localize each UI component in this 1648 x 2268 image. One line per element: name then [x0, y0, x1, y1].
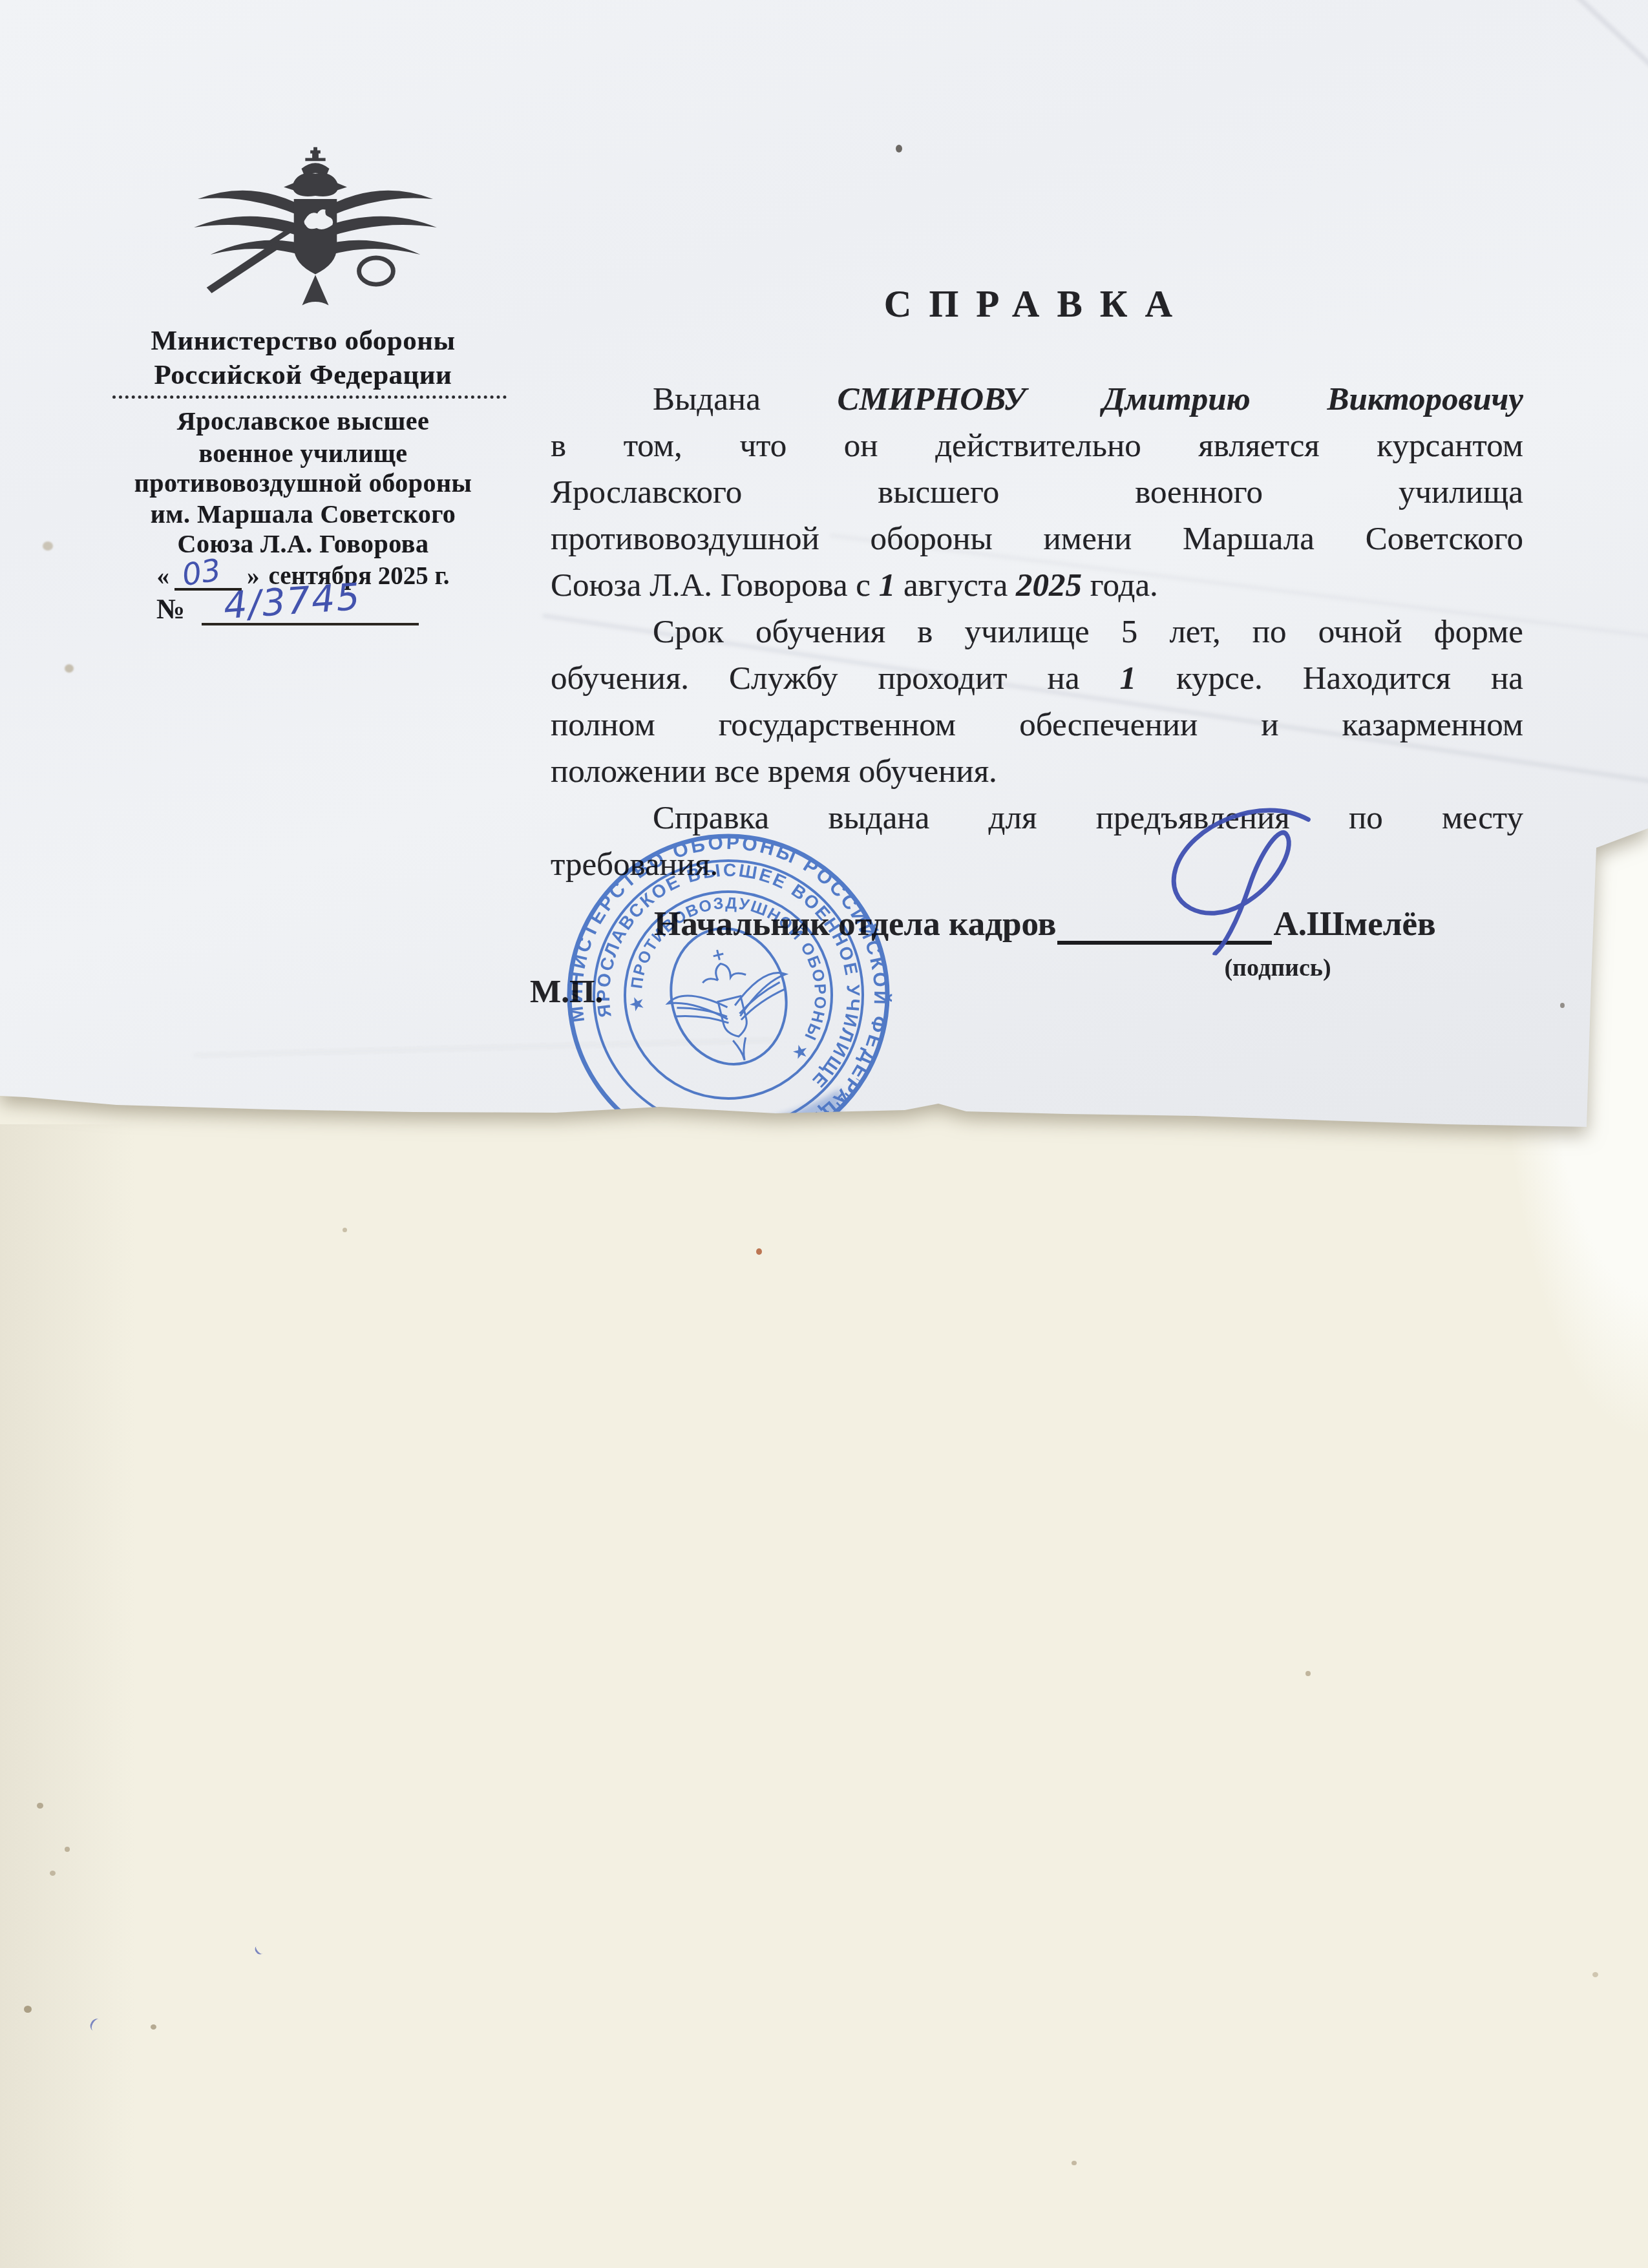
speck — [1072, 2161, 1077, 2165]
body-line: Ярославскоговысшеговоенногоучилища — [551, 469, 1523, 516]
document-title: СПРАВКА — [551, 282, 1523, 326]
letterhead-school-line3: противовоздушной обороны — [94, 468, 512, 498]
mod-eagle-emblem-icon — [189, 140, 442, 317]
letterhead-ministry-line2: Российской Федерации — [94, 359, 512, 391]
letterhead-school-line1: Ярославское высшее — [94, 406, 512, 436]
body-line: Союза Л.А. Говорова с 1 августа 2025 год… — [551, 562, 1523, 609]
paper-sheet: Министерство обороны Российской Федераци… — [0, 0, 1648, 1170]
body-line: втом,чтоондействительноявляетсякурсантом — [551, 423, 1523, 469]
body-line: полномгосударственномобеспечениииказарме… — [551, 702, 1523, 748]
scanned-certificate-page: { "letterhead": { "org_line1": "Министер… — [0, 0, 1648, 2268]
speck — [65, 664, 74, 673]
speck — [50, 1871, 56, 1876]
speck — [756, 1248, 762, 1255]
letterhead-school-line2: военное училище — [94, 438, 512, 468]
letterhead-ministry-line1: Министерство обороны — [94, 325, 512, 357]
handwritten-number: 4/3745 — [222, 576, 363, 628]
speck — [896, 145, 902, 152]
body-line: ВыданаСМИРНОВУДмитриюВикторовичу — [551, 376, 1523, 423]
speck — [65, 1847, 70, 1852]
body-line: противовоздушнойобороныимениМаршалаСовет… — [551, 516, 1523, 562]
speck — [1592, 1972, 1598, 1977]
speck — [1560, 1003, 1565, 1008]
speck — [43, 541, 53, 551]
background-shading — [0, 1124, 136, 2268]
speck — [24, 2006, 32, 2013]
paragraph-2: Срокобучениявучилище5лет,поочнойформеобу… — [551, 609, 1523, 795]
paragraph-1: ВыданаСМИРНОВУДмитриюВикторовичувтом,что… — [551, 376, 1523, 609]
speck — [1305, 1671, 1311, 1676]
body-line: Срокобучениявучилище5лет,поочнойформе — [551, 609, 1523, 655]
letterhead-school-line4: им. Маршала Советского — [94, 499, 512, 529]
number-label: № — [156, 593, 185, 625]
body-line: обучения.Службупроходитна1курсе.Находитс… — [551, 655, 1523, 702]
body-line: положении все время обучения. — [551, 748, 1523, 795]
certificate-paper: Министерство обороны Российской Федераци… — [0, 0, 1648, 1170]
fold-mark — [1558, 0, 1648, 86]
handwritten-signature — [1148, 794, 1335, 966]
speck — [343, 1228, 347, 1232]
round-seal-stamp: МИНИСТЕРСТВО ОБОРОНЫ РОССИЙСКОЙ ФЕДЕРАЦИ… — [560, 827, 896, 1163]
fiber-mark — [253, 1944, 266, 1957]
speck — [37, 1803, 43, 1809]
document-body: ВыданаСМИРНОВУДмитриюВикторовичувтом,что… — [551, 376, 1523, 888]
speck — [151, 2024, 156, 2030]
wreath-icon — [359, 258, 394, 284]
dotted-separator — [112, 395, 507, 399]
number-underline: 4/3745 — [202, 587, 419, 625]
number-line: № 4/3745 — [156, 587, 419, 625]
